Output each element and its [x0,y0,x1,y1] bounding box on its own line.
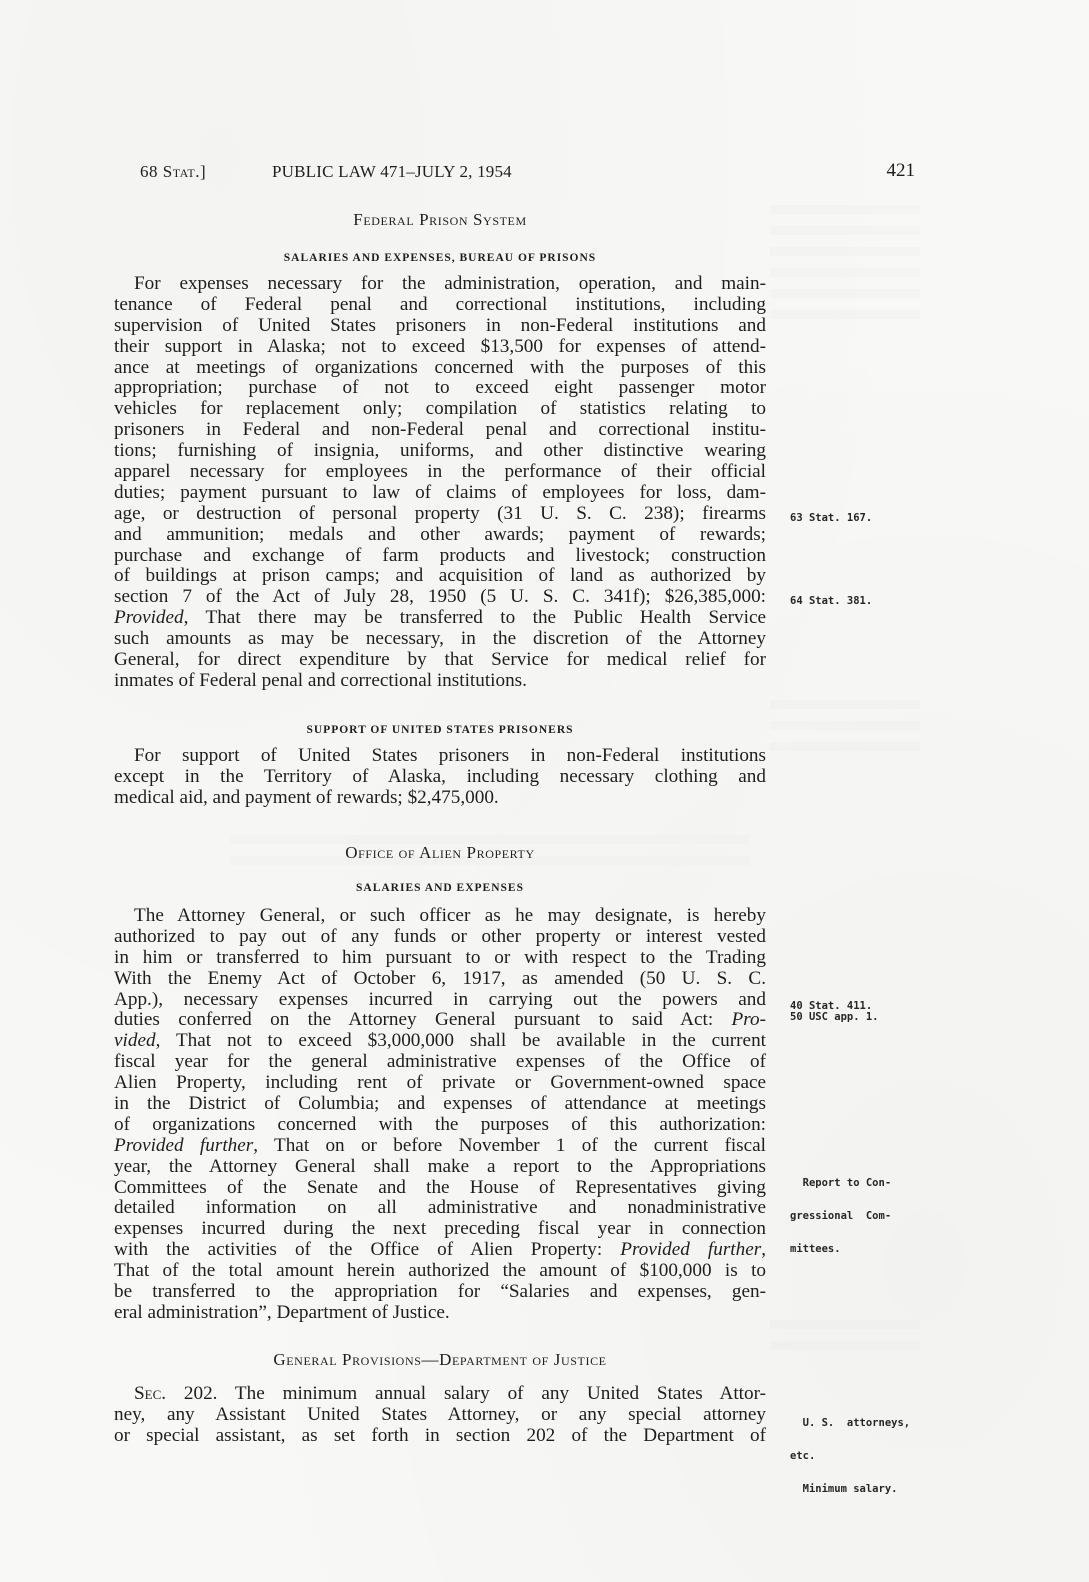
text-line: The Attorney General, or such officer as… [114,906,766,927]
text-line: year, the Attorney General shall make a … [114,1157,766,1178]
text-line: Committees of the Senate and the House o… [114,1178,766,1199]
text-line: fiscal year for the general administrati… [114,1052,766,1073]
text-line: purchase and exchange of farm products a… [114,546,766,567]
text-line: authorized to pay out of any funds or ot… [114,927,766,948]
text-line: For expenses necessary for the administr… [114,274,766,295]
text-line: be transferred to the appropriation for … [114,1282,766,1303]
text-line: in him or transferred to him pursuant to… [114,948,766,969]
text-line: appropriation; purchase of not to exceed… [114,378,766,399]
section-heading: Federal Prison System [114,210,766,230]
alien-property-paragraph: The Attorney General, or such officer as… [114,906,766,1324]
margin-line: Report to Con- [790,1178,891,1189]
text-line: medical aid, and payment of rewards; $2,… [114,788,766,809]
bleed-through-texture [770,700,920,760]
proviso-italic: Pro- [732,1009,766,1030]
subsection-heading: Salaries and Expenses [114,882,766,894]
text-line: and ammunition; medals and other awards;… [114,525,766,546]
text-line: That of the total amount herein authoriz… [114,1261,766,1282]
margin-line: 64 Stat. 381. [790,596,872,607]
subsection-heading: Support of United States Prisoners [114,724,766,736]
text-line: tenance of Federal penal and correctiona… [114,295,766,316]
statute-page: 68 Stat.] PUBLIC LAW 471–JULY 2, 1954 42… [0,0,1089,1582]
text-line: inmates of Federal penal and correctiona… [114,671,766,692]
text-line-with-proviso: with the activities of the Office of Ali… [114,1240,766,1261]
sec-202-paragraph: Sec. 202. The minimum annual salary of a… [114,1384,766,1447]
text-line-with-proviso: duties conferred on the Attorney General… [114,1010,766,1031]
text-line: eral administration”, Department of Just… [114,1303,766,1324]
margin-line: etc. [790,1451,910,1462]
margin-line: mittees. [790,1244,891,1255]
support-prisoners-paragraph: For support of United States prisoners i… [114,746,766,809]
text-segment: , That on or before November 1 of the cu… [253,1135,766,1156]
margin-citation: 64 Stat. 381. [790,596,872,607]
text-line: such amounts as may be necessary, in the… [114,629,766,650]
text-line: tions; furnishing of insignia, uniforms,… [114,441,766,462]
subsection-heading: Salaries and Expenses, Bureau of Prisons [114,252,766,264]
page-number: 421 [887,160,916,182]
section-heading: Office of Alien Property [114,843,766,863]
text-line: age, or destruction of personal property… [114,504,766,525]
text-line: section 7 of the Act of July 28, 1950 (5… [114,587,766,608]
text-line: vehicles for replacement only; compilati… [114,399,766,420]
text-line: ney, any Assistant United States Attorne… [114,1405,766,1426]
volume-reference: 68 Stat.] [140,162,206,182]
running-head: 68 Stat.] PUBLIC LAW 471–JULY 2, 1954 42… [140,160,915,184]
proviso-italic: Provided [114,607,184,628]
margin-citation: 40 Stat. 411. 50 USC app. 1. [790,1001,879,1023]
text-line: supervision of United States prisoners i… [114,316,766,337]
text-line: of organizations concerned with the purp… [114,1115,766,1136]
text-line: detailed information on all administrati… [114,1198,766,1219]
text-line: expenses incurred during the next preced… [114,1219,766,1240]
section-label: Sec. 202. [134,1383,217,1404]
margin-line: 63 Stat. 167. [790,513,872,524]
text-line: Alien Property, including rent of privat… [114,1073,766,1094]
bleed-through-texture [770,205,920,325]
margin-note-attorneys: U. S. attorneys, etc. Minimum salary. [790,1396,910,1517]
text-line: ance at meetings of organizations concer… [114,358,766,379]
text-segment: The minimum annual salary of any United … [217,1383,766,1404]
bleed-through-texture [770,1320,920,1360]
proviso-italic: vided [114,1030,156,1051]
text-segment: duties conferred on the Attorney General… [114,1009,732,1030]
text-line-with-proviso: Provided, That there may be transferred … [114,608,766,629]
margin-line: Minimum salary. [790,1484,910,1495]
text-segment: with the activities of the Office of Ali… [114,1239,620,1260]
margin-line: U. S. attorneys, [790,1418,910,1429]
text-line-with-proviso: Provided further, That on or before Nove… [114,1136,766,1157]
proviso-italic: Provided further [114,1135,253,1156]
law-title: PUBLIC LAW 471–JULY 2, 1954 [272,162,512,182]
margin-line: 50 USC app. 1. [790,1012,879,1023]
margin-line: gressional Com- [790,1211,891,1222]
text-line-with-section-label: Sec. 202. The minimum annual salary of a… [114,1384,766,1405]
bureau-of-prisons-paragraph: For expenses necessary for the administr… [114,274,766,692]
section-heading: General Provisions—Department of Justice [114,1350,766,1370]
text-segment: , That not to exceed $3,000,000 shall be… [156,1030,766,1051]
text-line: of buildings at prison camps; and acquis… [114,566,766,587]
text-line: or special assistant, as set forth in se… [114,1426,766,1447]
text-line: With the Enemy Act of October 6, 1917, a… [114,969,766,990]
margin-note-report: Report to Con- gressional Com- mittees. [790,1156,891,1277]
proviso-italic: Provided further [620,1239,761,1260]
text-line: For support of United States prisoners i… [114,746,766,767]
proviso-text: , That there may be transferred to the P… [184,607,766,628]
text-line: apparel necessary for employees in the p… [114,462,766,483]
text-line: General, for direct expenditure by that … [114,650,766,671]
text-line: duties; payment pursuant to law of claim… [114,483,766,504]
margin-citation: 63 Stat. 167. [790,513,872,524]
text-segment: , [761,1239,766,1260]
text-line: their support in Alaska; not to exceed $… [114,337,766,358]
text-line: except in the Territory of Alaska, inclu… [114,767,766,788]
text-line: prisoners in Federal and non-Federal pen… [114,420,766,441]
text-line: App.), necessary expenses incurred in ca… [114,990,766,1011]
text-line-with-proviso: vided, That not to exceed $3,000,000 sha… [114,1031,766,1052]
text-line: in the District of Columbia; and expense… [114,1094,766,1115]
